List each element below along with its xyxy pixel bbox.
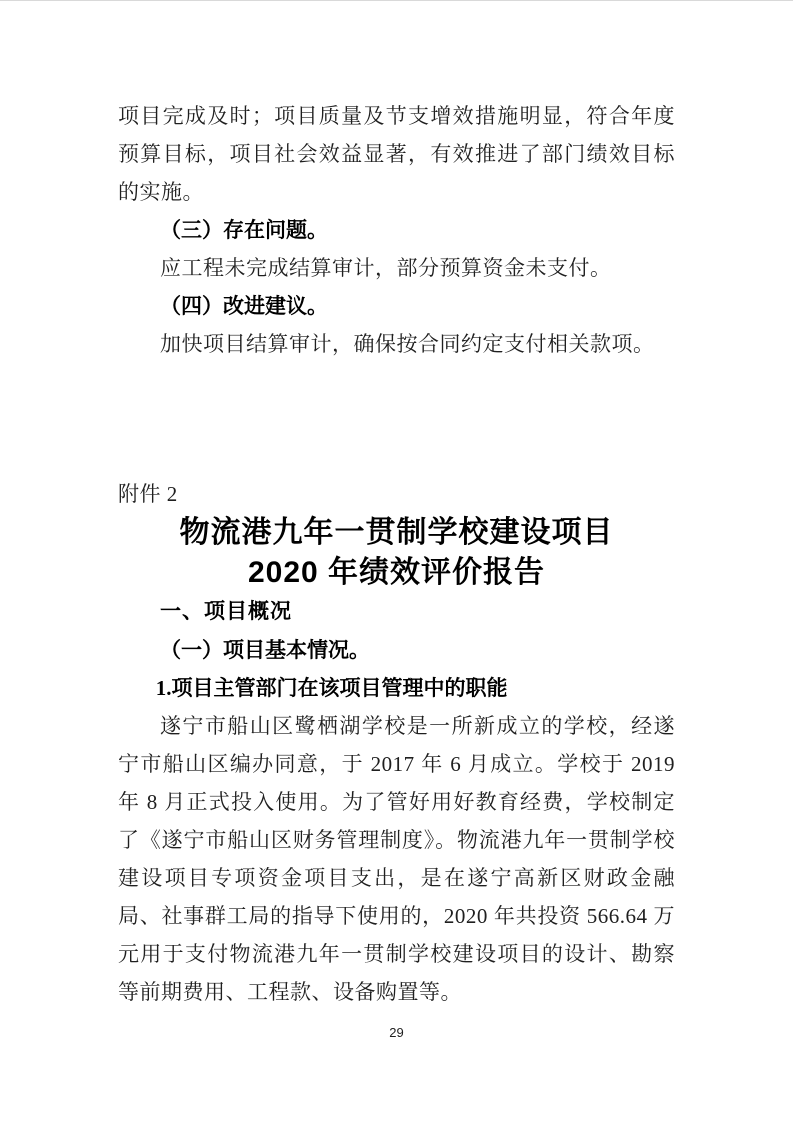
suggestions-heading: （四）改进建议。 — [118, 287, 675, 325]
item-heading-department-role: 1.项目主管部门在该项目管理中的职能 — [118, 669, 675, 707]
body-paragraph: 遂宁市船山区鹭栖湖学校是一所新成立的学校，经遂宁市船山区编办同意，于 2017 … — [118, 707, 675, 1011]
closing-paragraph: 项目完成及时；项目质量及节支增效措施明显，符合年度预算目标，项目社会效益显著，有… — [118, 97, 675, 211]
attachment-label: 附件 2 — [118, 475, 675, 513]
page-content: 项目完成及时；项目质量及节支增效措施明显，符合年度预算目标，项目社会效益显著，有… — [0, 1, 793, 1011]
subsection-heading-basic-info: （一）项目基本情况。 — [118, 631, 675, 669]
suggestions-paragraph: 加快项目结算审计，确保按合同约定支付相关款项。 — [118, 325, 675, 363]
report-title-line2: 2020 年绩效评价报告 — [118, 553, 675, 593]
issues-heading: （三）存在问题。 — [118, 211, 675, 249]
section-break-gap — [118, 363, 675, 475]
section-heading-overview: 一、项目概况 — [118, 593, 675, 631]
report-title: 物流港九年一贯制学校建设项目 2020 年绩效评价报告 — [118, 513, 675, 593]
report-title-line1: 物流港九年一贯制学校建设项目 — [118, 513, 675, 553]
page-number: 29 — [0, 1023, 793, 1043]
document-page: 项目完成及时；项目质量及节支增效措施明显，符合年度预算目标，项目社会效益显著，有… — [0, 1, 793, 1122]
issues-paragraph: 应工程未完成结算审计，部分预算资金未支付。 — [118, 249, 675, 287]
